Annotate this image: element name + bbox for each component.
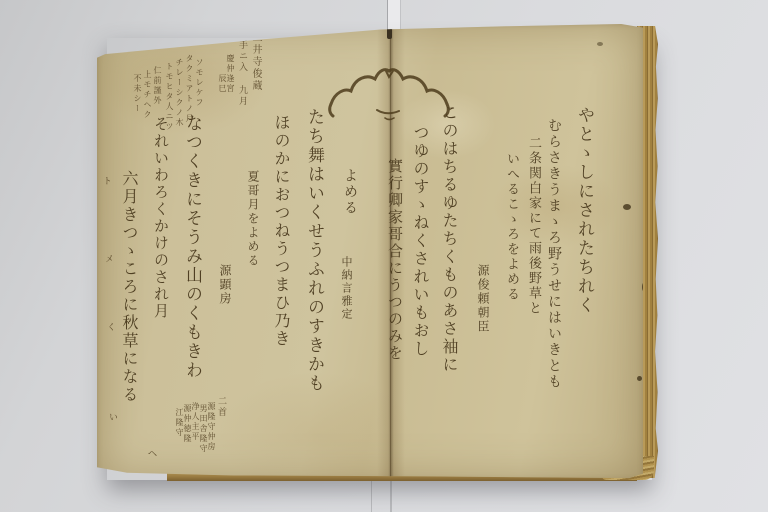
- marginal-note: 源隆守仲房: [207, 402, 215, 452]
- marginal-note: 江隆守: [175, 408, 183, 438]
- poem-column: やとゝしにされたちれく: [575, 106, 592, 315]
- poem-column: なつくきにそうみ山のくもきわ: [183, 114, 200, 380]
- marginal-note: 辰巳: [218, 74, 226, 94]
- poem-column: それいわろくかけのされ月: [153, 116, 168, 320]
- marginal-note: 上モチヘク: [143, 70, 151, 120]
- kotobagaki-column: 實行卿家哥合にうつのみを: [387, 158, 402, 362]
- marginal-note: 手ニ入 九月: [237, 40, 246, 107]
- ink-crest-mark: [325, 58, 455, 122]
- marginal-note: 源仲徳隆: [183, 404, 191, 444]
- marginal-note: 慶仲逢宮: [226, 54, 234, 94]
- kotobagaki-column: 二条関白家にて雨後野草と: [527, 136, 540, 316]
- attribution-column: 源顕房: [219, 264, 231, 306]
- marginal-note: チレーシクノ木: [175, 58, 183, 128]
- ink-stain: [597, 42, 603, 46]
- margin-check-mark: く: [105, 322, 114, 333]
- poem-column: 六月きつゝころに秋草になる: [121, 170, 137, 404]
- marginal-note: 不未シー: [133, 74, 141, 114]
- page-spread: やとゝしにされたちれく むらさきうまゝろ野うせにはいきとも 二条関白家にて雨後野…: [97, 24, 643, 480]
- poem-column: つゆのすゝねくされいもおし: [412, 124, 428, 358]
- margin-check-mark: ト: [101, 176, 110, 187]
- margin-check-mark: メ: [103, 254, 112, 265]
- attribution-column: 源俊頼朝臣: [477, 264, 489, 334]
- marginal-note: タクミアトノ月: [185, 54, 193, 124]
- poem-column: このはちるゆたちくものあさ袖に: [441, 104, 457, 374]
- kotobagaki-column: 夏哥月をよめる: [247, 170, 259, 268]
- margin-check-mark: ヘ: [145, 448, 155, 460]
- attribution-column: 中納言雅定: [341, 256, 352, 321]
- marginal-note: 三井寺俊蔵: [250, 32, 260, 92]
- poem-column: むらさきうまゝろ野うせにはいきとも: [547, 118, 561, 390]
- kotobagaki-column: よめる: [343, 168, 357, 216]
- marginal-note: 二首: [216, 396, 225, 418]
- binding-notch: [387, 26, 392, 39]
- marginal-note: 男田舎隆守: [199, 404, 207, 454]
- poem-column: ほのかにおつねうつまひ乃き: [273, 114, 289, 348]
- margin-check-mark: い: [107, 412, 116, 423]
- open-book: やとゝしにされたちれく むらさきうまゝろ野うせにはいきとも 二条関白家にて雨後野…: [97, 24, 658, 482]
- photo-of-open-manuscript: やとゝしにされたちれく むらさきうまゝろ野うせにはいきとも 二条関白家にて雨後野…: [0, 0, 768, 512]
- ink-stain: [637, 376, 642, 381]
- poem-column: たち舞はいくせうふれのすきかも: [305, 108, 322, 393]
- marginal-note: トモヒタ人ニツ: [165, 62, 173, 132]
- marginal-note: 仁前謹外: [153, 66, 161, 106]
- marginal-note: ソモレケフ: [195, 58, 203, 108]
- kotobagaki-column: いへるこゝろをよめる: [505, 152, 518, 302]
- marginal-note: 浄人主平: [191, 402, 199, 442]
- ink-stain: [623, 204, 631, 210]
